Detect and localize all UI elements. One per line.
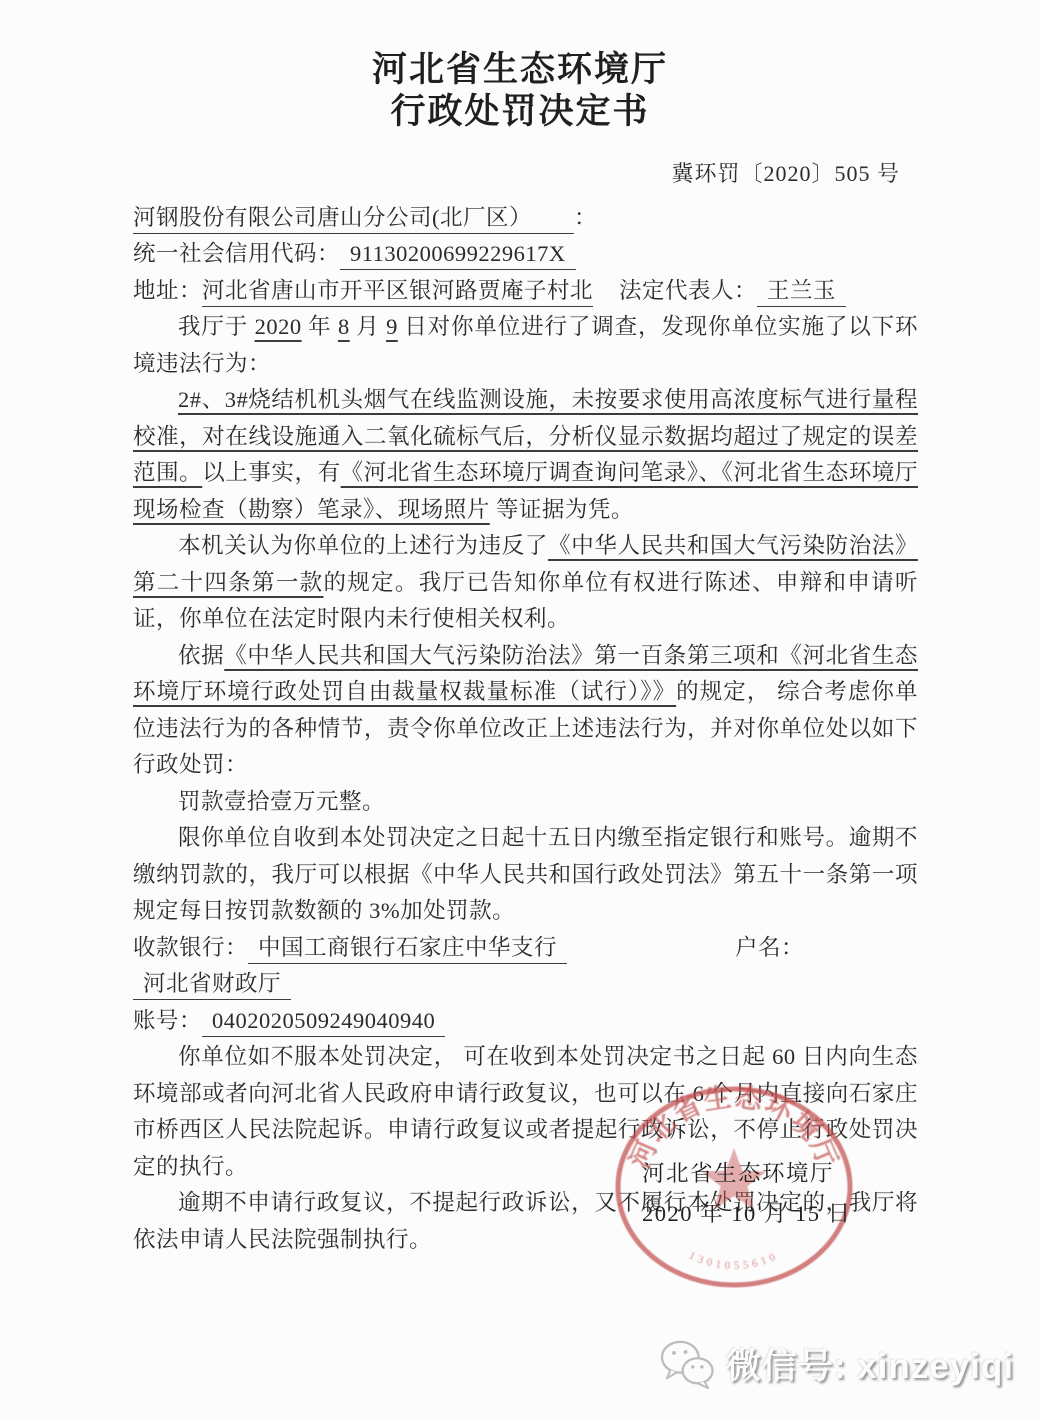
- bank-label: 收款银行：: [133, 935, 248, 960]
- wechat-id-text: 微信号: xinzeyiqi: [726, 1339, 1014, 1389]
- recipient-name: 河钢股份有限公司唐山分公司(北厂区）: [133, 203, 574, 234]
- seal-serial-text: 1301055610: [687, 1250, 781, 1272]
- holder-label: 户名：: [735, 935, 804, 960]
- text-segment: 我厅于: [178, 314, 255, 339]
- seal-serial-textpath: 1301055610: [687, 1250, 781, 1272]
- document-number: 冀环罚〔2020〕505 号: [0, 157, 1040, 188]
- credit-code-label: 统一社会信用代码：: [133, 241, 340, 266]
- signature-block: 河北省生态环境厅 2020 年 10 月 15 日: [642, 1154, 852, 1234]
- address-value: 河北省唐山市开平区银河路贾庵子村北: [202, 276, 593, 307]
- account-label: 账号：: [133, 1008, 202, 1033]
- underlined-year: 2020: [255, 314, 302, 339]
- legal-rep-value: 王兰玉: [757, 276, 846, 307]
- document-title-line2: 行政处罚决定书: [390, 92, 649, 131]
- recipient-line: 河钢股份有限公司唐山分公司(北厂区）：: [133, 200, 918, 237]
- paragraph-payment-deadline: 限你单位自收到本处罚决定之日起十五日内缴至指定银行和账号。逾期不缴纳罚款的，我厅…: [133, 820, 918, 930]
- signature-agency: 河北省生态环境厅: [642, 1154, 852, 1194]
- underlined-day: 9: [386, 314, 398, 339]
- credit-code-line: 统一社会信用代码：91130200699229617X: [133, 236, 918, 273]
- fine-amount-text: 罚款壹拾壹万元整。: [178, 789, 385, 814]
- account-value: 0402020509249040940: [202, 1006, 445, 1037]
- bank-line: 收款银行：中国工商银行石家庄中华支行户名：河北省财政厅: [133, 930, 918, 1003]
- text-segment: 年: [302, 314, 338, 339]
- paragraph-fine-amount: 罚款壹拾壹万元整。: [133, 784, 918, 821]
- address-label: 地址：: [133, 278, 202, 303]
- underlined-month: 8: [338, 314, 350, 339]
- holder-value: 河北省财政厅: [133, 969, 291, 1000]
- wechat-icon: [658, 1338, 716, 1390]
- text-segment: 本机关认为你单位的上述行为违反了: [178, 533, 548, 558]
- paragraph-investigation: 我厅于 2020 年 8 月 9 日对你单位进行了调查，发现你单位实施了以下环境…: [133, 309, 918, 382]
- paragraph-legal-finding: 本机关认为你单位的上述行为违反了《中华人民共和国大气污染防治法》第二十四条第一款…: [133, 528, 918, 638]
- wechat-watermark: 微信号: xinzeyiqi: [658, 1338, 1014, 1390]
- signature-date: 2020 年 10 月 15 日: [642, 1194, 852, 1234]
- text-segment: 以上事实，有: [202, 460, 340, 485]
- account-line: 账号：0402020509249040940: [133, 1003, 918, 1040]
- bank-value: 中国工商银行石家庄中华支行: [248, 933, 567, 964]
- legal-rep-label: 法定代表人：: [619, 278, 757, 303]
- text-segment: 限你单位自收到本处罚决定之日起十五日内缴至指定银行和账号。逾期不缴纳罚款的，我厅…: [133, 825, 918, 923]
- document-page: 河北省生态环境厅 行政处罚决定书 冀环罚〔2020〕505 号 河钢股份有限公司…: [0, 0, 1040, 1419]
- recipient-colon: ：: [574, 205, 597, 230]
- document-title-line1: 河北省生态环境厅: [372, 50, 668, 89]
- paragraph-penalty-basis: 依据《中华人民共和国大气污染防治法》第一百条第三项和《河北省生态环境厅环境行政处…: [133, 638, 918, 784]
- paragraph-violation-facts: 2#、3#烧结机机头烟气在线监测设施，未按要求使用高浓度标气进行量程校准，对在线…: [133, 382, 918, 528]
- document-title: 河北省生态环境厅 行政处罚决定书: [0, 23, 1040, 133]
- text-segment: 月: [350, 314, 386, 339]
- address-line: 地址：河北省唐山市开平区银河路贾庵子村北法定代表人：王兰玉: [133, 273, 918, 310]
- text-segment: 等证据为凭。: [490, 497, 634, 522]
- credit-code-value: 91130200699229617X: [340, 239, 576, 270]
- text-segment: 依据: [178, 643, 224, 668]
